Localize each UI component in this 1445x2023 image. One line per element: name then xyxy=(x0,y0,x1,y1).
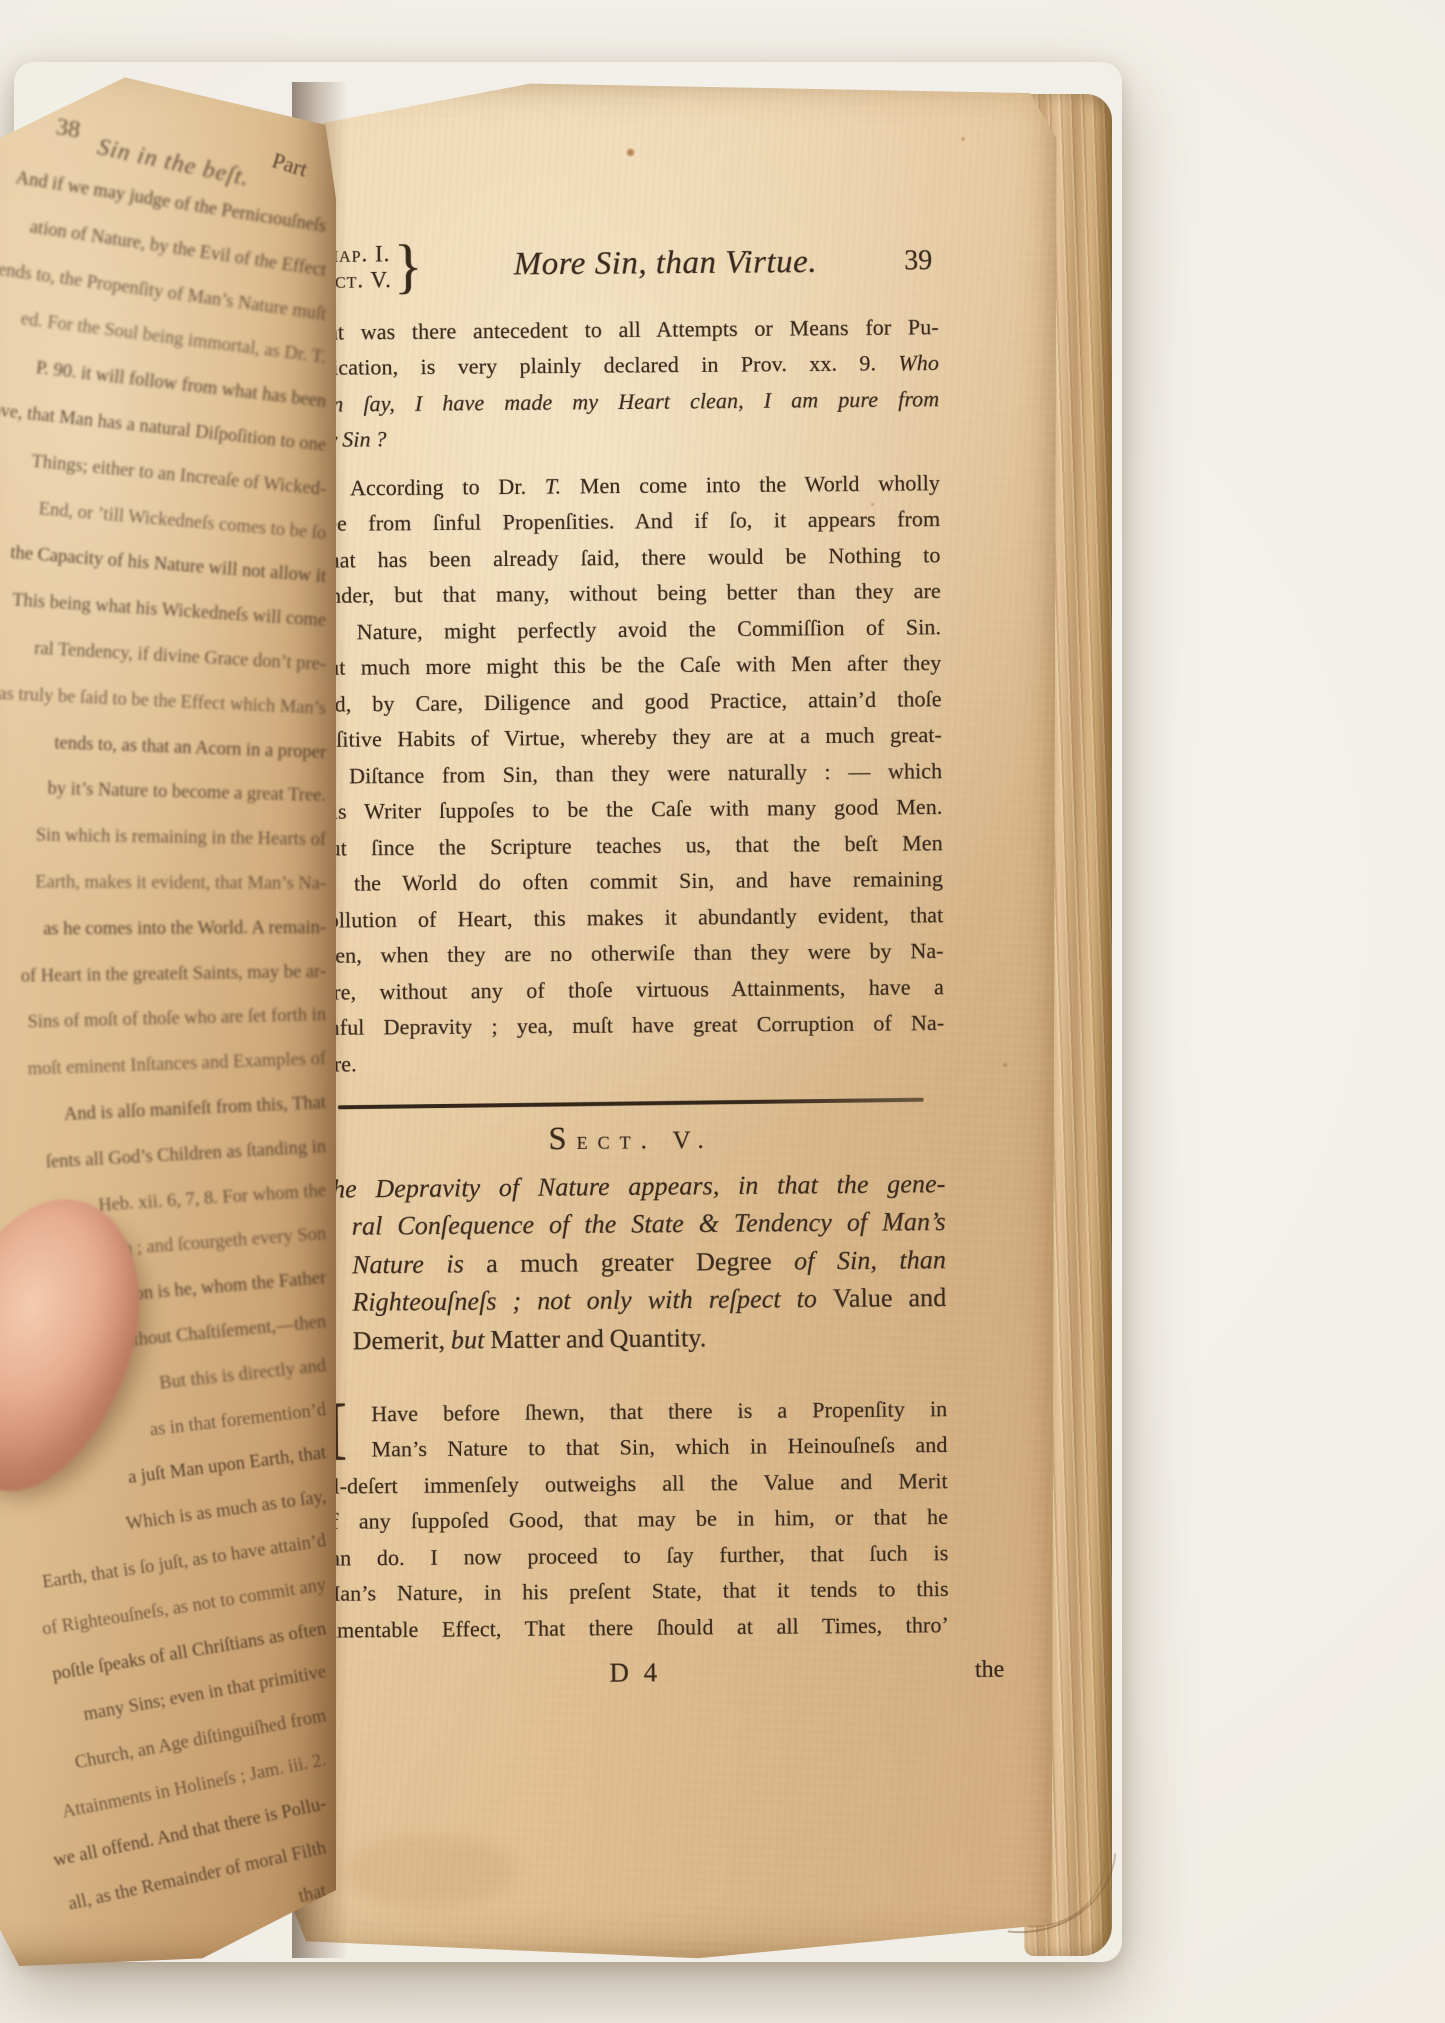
left-text-line: This being what his Wickedneſs will come xyxy=(0,582,327,632)
text-line: Man’s Nature to that Sin, which in Heino… xyxy=(319,1427,947,1468)
paragraph-3-lines: Have before ſhewn, that there is a Prope… xyxy=(319,1391,949,1648)
left-page-number: 38 xyxy=(54,114,82,144)
left-text-line: of Heart in the greateſt Saints, may be … xyxy=(0,961,326,989)
text-line: Ill-deſert immenſely outweighs all the V… xyxy=(320,1463,948,1504)
left-text-line: ral Tendency, if divine Grace don’t pre- xyxy=(0,630,327,676)
gathering-signature: D 4 xyxy=(609,1657,661,1687)
text-line: can do. I now proceed to ſay further, th… xyxy=(320,1535,948,1576)
text-line: can ſay, I have made my Heart clean, I a… xyxy=(311,381,939,422)
paper-stain xyxy=(626,148,635,157)
left-text-line: the Capacity of his Nature will not allo… xyxy=(0,534,327,589)
text-line: ture, without any of thoſe virtuous Atta… xyxy=(316,969,944,1010)
left-text-line: as he comes into the World. A remain- xyxy=(0,917,326,941)
text-line: poſitive Habits of Virtue, whereby they … xyxy=(314,717,942,758)
text-line: rification, is very plainly declared in … xyxy=(311,345,939,386)
text-line: hinder, but that many, without being bet… xyxy=(313,573,941,614)
paper-stain xyxy=(344,1834,514,1908)
catchword: the xyxy=(975,1649,1005,1691)
paragraph-2: According to Dr. T. Men come into the Wo… xyxy=(312,465,945,1082)
paragraph-1: that was there antecedent to all Attempt… xyxy=(311,309,940,458)
text-line: ral Conſequence of the State & Tendency … xyxy=(318,1203,946,1246)
printed-page-content: Chap. I. Sect. V. } More Sin, than Virtu… xyxy=(310,231,949,1696)
text-line: But ſince the Scripture teaches us, that… xyxy=(315,825,943,866)
page-number: 39 xyxy=(904,237,938,283)
text-line: Man’s Nature, in his preſent State, that… xyxy=(321,1571,949,1612)
text-line: According to Dr. T. Men come into the Wo… xyxy=(312,465,940,506)
paper-stain xyxy=(960,136,966,142)
section-summary: The Depravity of Nature appears, in that… xyxy=(317,1165,946,1360)
left-text-line: tends to, as that an Acorn in a proper xyxy=(0,726,326,763)
left-text-line: Sins of moſt of thoſe who are ſet forth … xyxy=(0,1004,326,1037)
left-header-part-label: Part xyxy=(269,147,311,182)
text-line: The Depravity of Nature appears, in that… xyxy=(317,1165,945,1208)
text-line: by Nature, might perfectly avoid the Com… xyxy=(313,609,941,650)
paragraph-3: I Have before ſhewn, that there is a Pro… xyxy=(319,1391,949,1648)
text-line: ture. xyxy=(316,1041,944,1082)
book-page-left: 38 Sin in the beſt. Part And if we may j… xyxy=(0,66,336,1966)
section-divider-rule xyxy=(338,1098,924,1110)
left-text-line: And is alſo manifeſt from this, That xyxy=(0,1092,326,1133)
text-line: my Sin ? xyxy=(311,417,939,458)
signature-row: D 4 the xyxy=(321,1649,949,1696)
left-text-line: Sin which is remaining in the Hearts of xyxy=(0,823,326,852)
left-text-line: as truly be ſaid to be the Effect which … xyxy=(0,678,327,720)
text-line: Have before ſhewn, that there is a Prope… xyxy=(319,1391,947,1432)
text-line: Demerit, but Matter and Quantity. xyxy=(319,1317,947,1360)
left-text-line: moſt eminent Inſtances and Examples of xyxy=(0,1048,326,1085)
text-line: er Diſtance from Sin, than they were nat… xyxy=(314,753,942,794)
text-line: lamentable Effect, That there ſhould at … xyxy=(321,1607,949,1648)
book-photo: { "theme":{ "backdrop":"#f3f0e9","paper"… xyxy=(0,0,1445,2023)
text-line: in the World do often commit Sin, and ha… xyxy=(315,861,943,902)
text-line: that was there antecedent to all Attempt… xyxy=(311,309,939,350)
header-brace: } xyxy=(394,239,423,293)
text-line: this Writer ſuppoſes to be the Caſe with… xyxy=(314,789,942,830)
text-line: what has been already ſaid, there would … xyxy=(312,537,940,578)
left-text-line: Earth, makes it evident, that Man’s Na- xyxy=(0,871,326,895)
text-line: of any ſuppoſed Good, that may be in him… xyxy=(320,1499,948,1540)
text-line: free from ſinful Propenſities. And if ſo… xyxy=(312,501,940,542)
text-line: Men, when they are no otherwiſe than the… xyxy=(316,933,944,974)
left-text-line: ſents all God’s Children as ſtanding in xyxy=(0,1136,327,1182)
text-line: ſinful Depravity ; yea, muſt have great … xyxy=(316,1005,944,1046)
page-header: Chap. I. Sect. V. } More Sin, than Virtu… xyxy=(310,237,938,294)
left-text-line: by it’s Nature to become a great Tree. xyxy=(0,774,326,807)
text-line: had, by Care, Diligence and good Practic… xyxy=(314,681,942,722)
book-page-right: Chap. I. Sect. V. } More Sin, than Virtu… xyxy=(258,78,1058,1962)
running-title: More Sin, than Virtue. xyxy=(426,237,904,287)
text-line: But much more might this be the Caſe wit… xyxy=(313,645,941,686)
section-heading: Sect. V. xyxy=(317,1119,945,1158)
text-line: Righteouſneſs ; not only with reſpect to… xyxy=(318,1279,946,1322)
paper-stain xyxy=(1002,1062,1008,1068)
text-line: Pollution of Heart, this makes it abunda… xyxy=(315,897,943,938)
text-line: Nature is a much greater Degree of Sin, … xyxy=(318,1241,946,1284)
